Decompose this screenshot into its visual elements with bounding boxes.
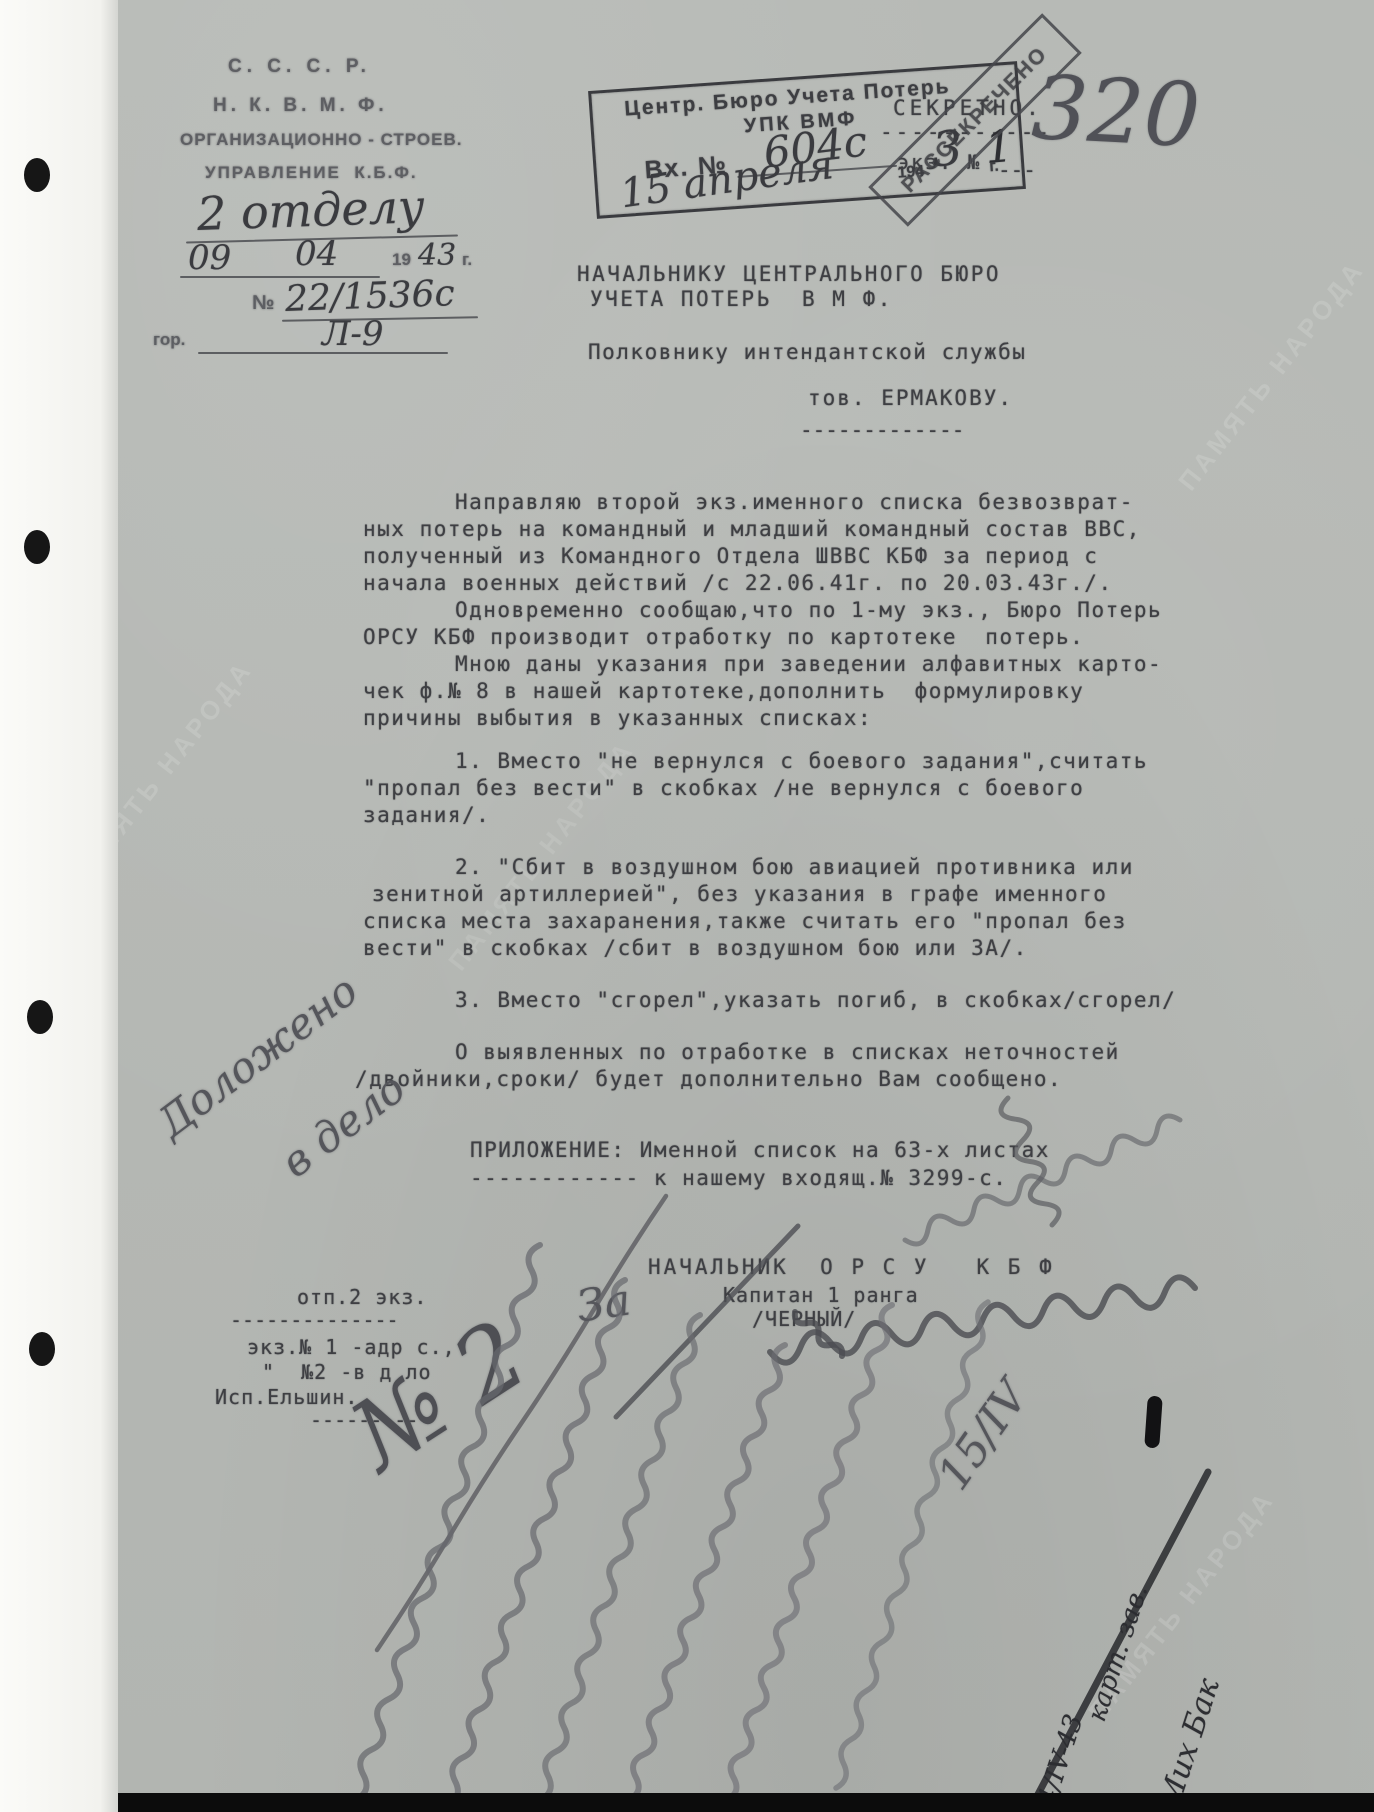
- handwriting-scribbles-layer: [0, 0, 1374, 1812]
- handwriting-scribble: [726, 1305, 892, 1800]
- handwriting-scribble: [377, 1196, 666, 1650]
- handwriting-scribble: [540, 1315, 700, 1800]
- handwriting-scribble: [355, 1245, 540, 1800]
- scanned-document-page: ПАМЯТЬ НАРОДА ПАМЯТЬ НАРОДА ПАМЯТЬ НАРОД…: [0, 0, 1374, 1812]
- scan-bottom-edge: [118, 1793, 1374, 1812]
- handwriting-scribble: [836, 1302, 988, 1788]
- handwriting-scribble: [447, 1280, 625, 1805]
- handwriting-scribble: [770, 1277, 1195, 1362]
- handwriting-scribble: [628, 1345, 785, 1800]
- handwriting-scribble: [1035, 1472, 1208, 1800]
- handwriting-scribble: [905, 1116, 1180, 1244]
